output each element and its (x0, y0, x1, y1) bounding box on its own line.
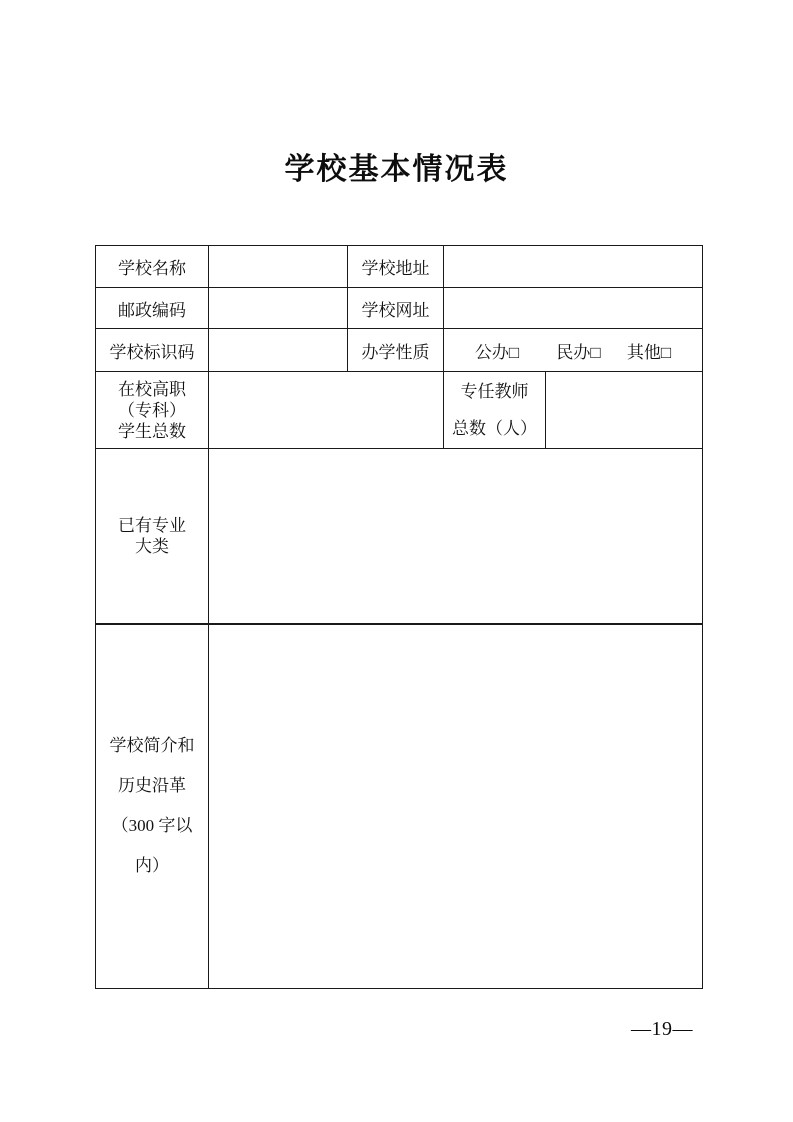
label-major-categories: 已有专业 大类 (96, 449, 209, 624)
checkbox-option-other[interactable]: 其他□ (627, 338, 671, 363)
label-school-type: 办学性质 (348, 329, 444, 372)
page-number: —19— (631, 1018, 693, 1041)
document-page: 学校基本情况表 学校名称 学校地址 邮政编码 学校网址 学校标识码 (0, 0, 793, 1122)
field-enrolled-students[interactable] (209, 372, 444, 449)
school-type-options: 公办□ 民办□ 其他□ (444, 329, 703, 372)
label-school-address: 学校地址 (348, 246, 444, 288)
page-title: 学校基本情况表 (0, 144, 793, 188)
field-school-address[interactable] (444, 246, 703, 288)
field-school-id-code[interactable] (209, 329, 348, 372)
label-full-time-teachers: 专任教师 总数（人） (444, 372, 546, 449)
school-info-table: 学校名称 学校地址 邮政编码 学校网址 学校标识码 办学性质 公办□ 民办□ 其… (95, 245, 703, 989)
label-school-id-code: 学校标识码 (96, 329, 209, 372)
field-school-intro[interactable] (209, 624, 703, 989)
table-row: 邮政编码 学校网址 (96, 288, 703, 329)
table-row: 已有专业 大类 (96, 449, 703, 624)
label-school-name: 学校名称 (96, 246, 209, 288)
field-school-website[interactable] (444, 288, 703, 329)
checkbox-option-public[interactable]: 公办□ (475, 338, 519, 363)
label-school-intro: 学校简介和 历史沿革 （300 字以 内） (96, 624, 209, 989)
field-school-name[interactable] (209, 246, 348, 288)
label-postal-code: 邮政编码 (96, 288, 209, 329)
field-full-time-teachers[interactable] (546, 372, 703, 449)
table-row: 学校简介和 历史沿革 （300 字以 内） (96, 624, 703, 989)
field-major-categories[interactable] (209, 449, 703, 624)
checkbox-option-private[interactable]: 民办□ (556, 338, 600, 363)
label-school-website: 学校网址 (348, 288, 444, 329)
table-row: 在校高职 （专科） 学生总数 专任教师 总数（人） (96, 372, 703, 449)
table-row: 学校标识码 办学性质 公办□ 民办□ 其他□ (96, 329, 703, 372)
table-row: 学校名称 学校地址 (96, 246, 703, 288)
label-enrolled-students: 在校高职 （专科） 学生总数 (96, 372, 209, 449)
field-postal-code[interactable] (209, 288, 348, 329)
